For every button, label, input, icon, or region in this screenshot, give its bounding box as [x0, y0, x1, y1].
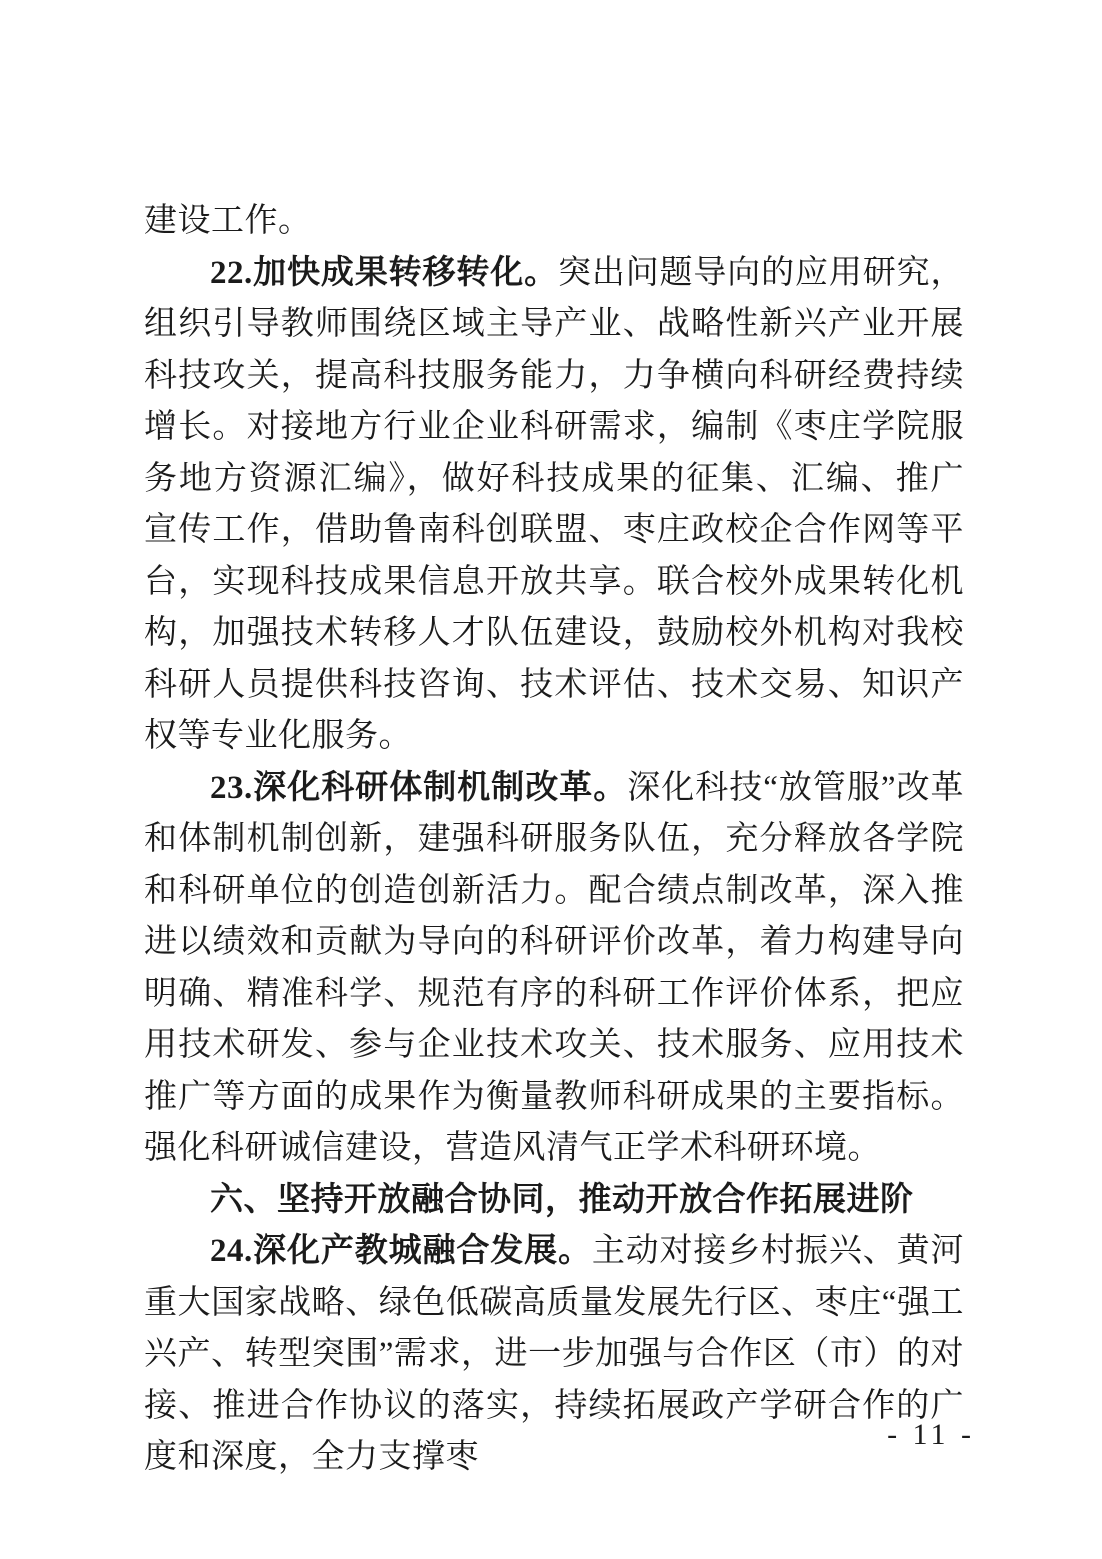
item-22-body: 突出问题导向的应用研究，组织引导教师围绕区域主导产业、战略性新兴产业开展科技攻关…	[144, 255, 964, 755]
document-body: 建设工作。 22.加快成果转移转化。突出问题导向的应用研究，组织引导教师围绕区域…	[144, 196, 964, 1484]
paragraph-item-22: 22.加快成果转移转化。突出问题导向的应用研究，组织引导教师围绕区域主导产业、战…	[144, 248, 964, 763]
paragraph-item-24: 24.深化产教城融合发展。主动对接乡村振兴、黄河重大国家战略、绿色低碳高质量发展…	[144, 1226, 964, 1484]
document-page: 建设工作。 22.加快成果转移转化。突出问题导向的应用研究，组织引导教师围绕区域…	[0, 0, 1102, 1559]
page-number: - 11 -	[876, 1418, 986, 1452]
item-22-heading: 22.加快成果转移转化。	[210, 255, 558, 291]
continuation-text: 建设工作。	[144, 203, 312, 239]
section-6-heading-text: 六、坚持开放融合协同，推动开放合作拓展进阶	[210, 1182, 914, 1218]
paragraph-item-23: 23.深化科研体制机制改革。深化科技“放管服”改革和体制机制创新，建强科研服务队…	[144, 763, 964, 1175]
item-23-heading: 23.深化科研体制机制改革。	[210, 770, 627, 806]
item-24-body: 主动对接乡村振兴、黄河重大国家战略、绿色低碳高质量发展先行区、枣庄“强工兴产、转…	[144, 1233, 964, 1475]
item-24-heading: 24.深化产教城融合发展。	[210, 1233, 592, 1269]
paragraph-continuation: 建设工作。	[144, 196, 964, 248]
section-6-heading: 六、坚持开放融合协同，推动开放合作拓展进阶	[144, 1175, 964, 1227]
item-23-body: 深化科技“放管服”改革和体制机制创新，建强科研服务队伍，充分释放各学院和科研单位…	[144, 770, 964, 1167]
